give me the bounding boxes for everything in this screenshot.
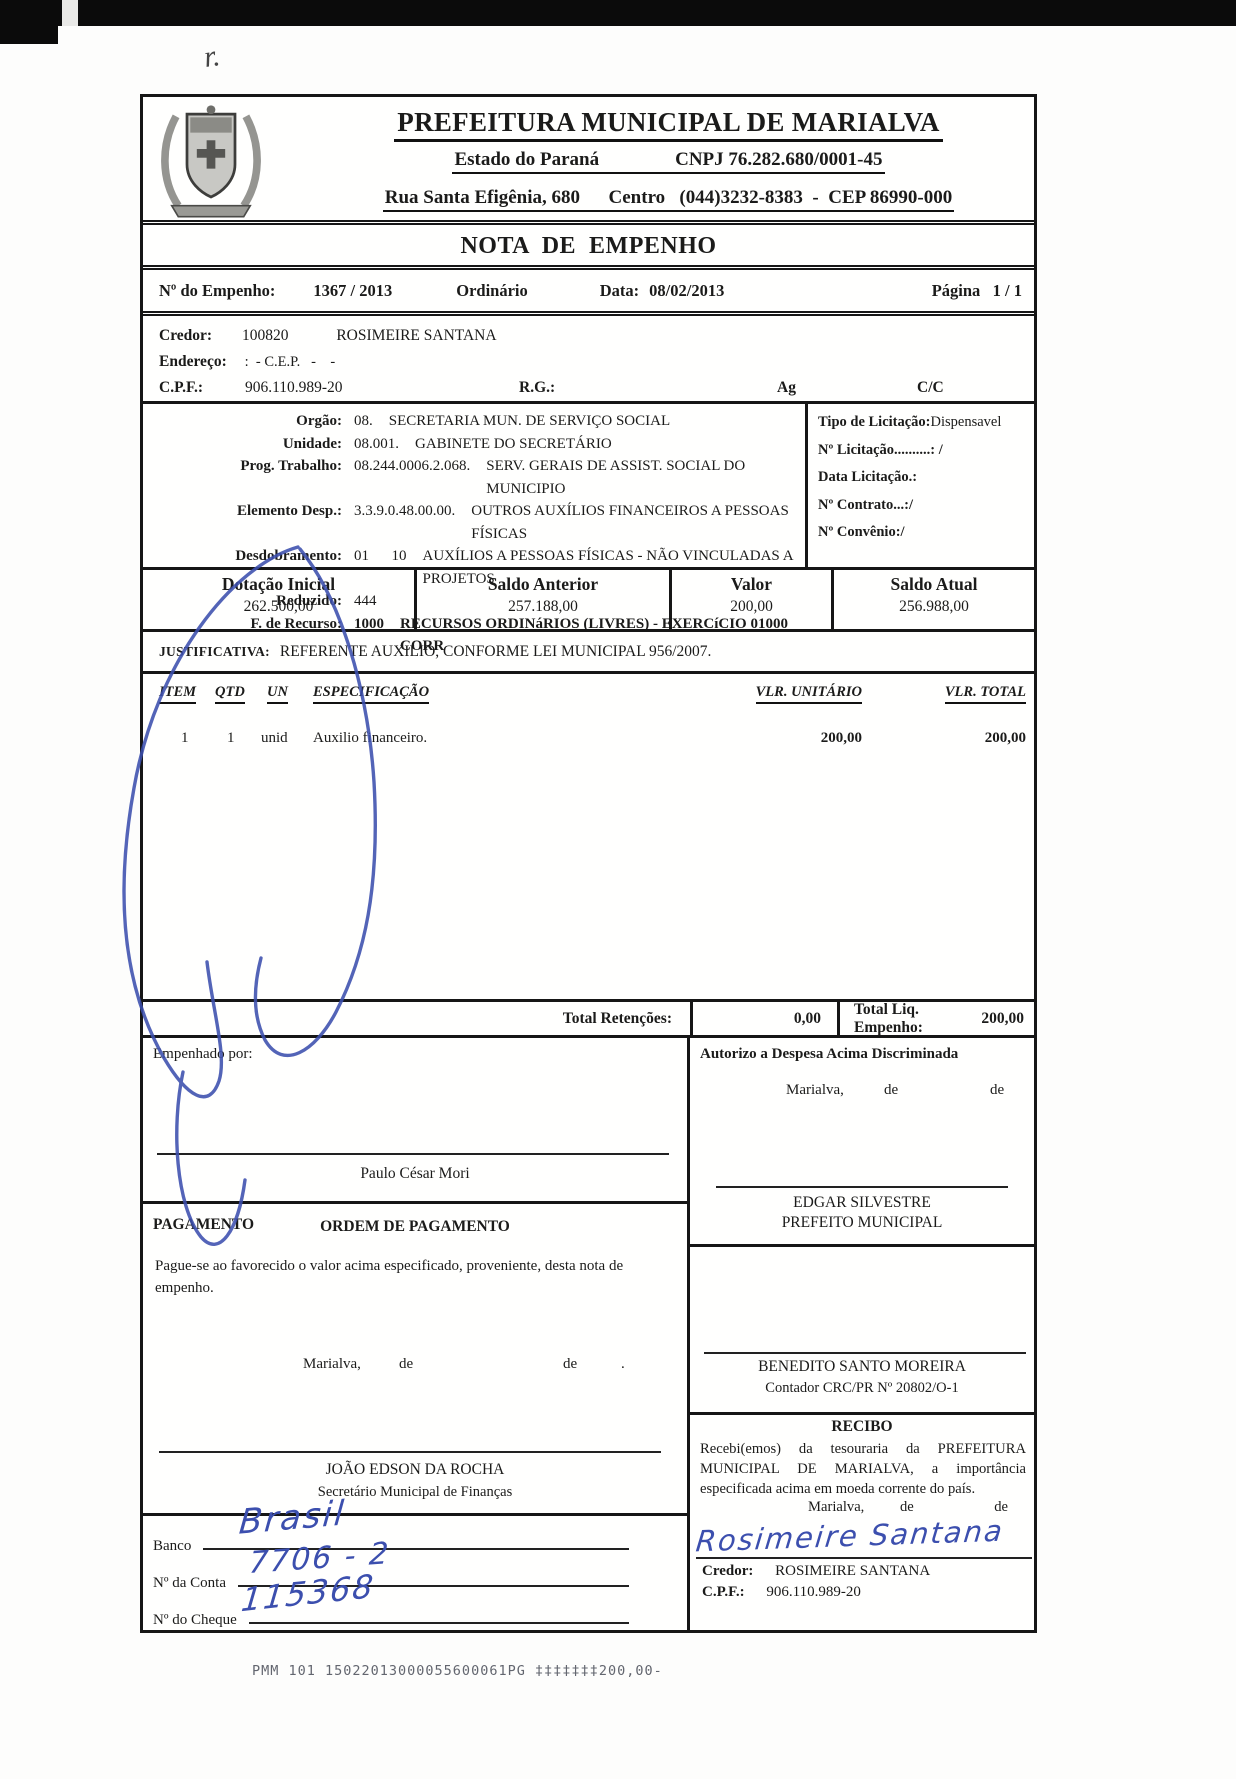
items-header-row: ITEM QTD UN ESPECIFICAÇÃO VLR. UNITÁRIO … [143, 684, 1034, 714]
creditor-code: 100820 [242, 327, 289, 344]
empenho-number-label: Nº do Empenho: [143, 281, 275, 301]
licitacao-tipo: Tipo de Licitação:Dispensavel [818, 414, 1030, 431]
empenho-number-value: 1367 / 2013 [313, 281, 392, 301]
un-col-header: UN [267, 684, 288, 704]
city-word: Marialva, [303, 1356, 361, 1373]
empenhado-label: Empenhado por: [153, 1046, 253, 1063]
dot-mark: . [621, 1356, 625, 1373]
municipality-title: PREFEITURA MUNICIPAL DE MARIALVA [394, 107, 942, 142]
autorizo-title: Autorizo a Despesa Acima Discriminada [700, 1046, 958, 1063]
orgao-label: Orgão: [143, 410, 348, 433]
mayor-role: PREFEITO MUNICIPAL [690, 1214, 1034, 1232]
page-number: 1 / 1 [993, 281, 1022, 300]
signature-line [704, 1352, 1026, 1354]
account-label: C/C [917, 375, 944, 401]
elemento-code: 3.3.9.0.48.00.00. [348, 500, 455, 545]
orgao-desc: SECRETARIA MUN. DE SERVIÇO SOCIAL [373, 410, 670, 433]
licitacao-tipo-label: Tipo de Licitação: [818, 414, 931, 430]
de-word: de [884, 1082, 898, 1099]
licitacao-box: Tipo de Licitação:Dispensavel Nº Licitaç… [805, 404, 1034, 567]
page-value [984, 281, 992, 300]
recibo-cpf-value: 906.110.989-20 [766, 1584, 860, 1600]
recibo-cpf-label: C.P.F.: [702, 1584, 745, 1600]
de-word: de [900, 1499, 914, 1516]
dotacao-inicial-header: Dotação Inicial [143, 574, 414, 595]
address-label: Endereço: [159, 353, 227, 370]
conta-row: Nº da Conta 7706 - 2 [143, 1555, 687, 1592]
cheque-label: Nº do Cheque [153, 1612, 237, 1629]
banco-handwriting: Brasil [237, 1493, 347, 1543]
saldo-table: Dotação Inicial 262.500,00 Saldo Anterio… [143, 570, 1034, 632]
state-cnpj-line: Estado do Paraná CNPJ 76.282.680/0001-45 [452, 149, 884, 174]
document-title: NOTA DE EMPENHO [143, 225, 1034, 270]
unidade-code: 08.001. [348, 433, 399, 456]
conta-label: Nº da Conta [153, 1575, 226, 1592]
cpf-value: 906.110.989-20 [245, 379, 343, 396]
signatures-region: Empenhado por: Paulo César Mori PAGAMENT… [143, 1038, 1034, 1630]
orgao-code: 08. [348, 410, 373, 433]
dotacao-inicial-value: 262.500,00 [143, 598, 414, 616]
recibo-text: Recebi(emos) da tesouraria da PREFEITURA… [690, 1436, 1034, 1499]
saldo-atual-col: Saldo Atual 256.988,00 [831, 570, 1034, 629]
total-retencoes-label: Total Retenções: [143, 1010, 690, 1028]
creditor-name: ROSIMEIRE SANTANA [336, 327, 496, 344]
de-word: de [990, 1082, 1004, 1099]
valor-col: Valor 200,00 [669, 570, 831, 629]
licitacao-tipo-value: Dispensavel [931, 414, 1002, 430]
item-description: Auxilio financeiro. [313, 730, 427, 747]
licitacao-convenio: Nº Convênio:/ [818, 524, 1030, 541]
saldo-atual-header: Saldo Atual [834, 574, 1034, 595]
banco-label: Banco [153, 1538, 191, 1555]
page-indicator: Página 1 / 1 [932, 281, 1034, 301]
finance-secretary-name: JOÃO EDSON DA ROCHA [143, 1461, 687, 1479]
justification-row: JUSTIFICATIVA: REFERENTE AUXILIO, CONFOR… [143, 632, 1034, 674]
item-qty: 1 [227, 730, 235, 747]
valor-value: 200,00 [672, 598, 831, 616]
unidade-desc: GABINETE DO SECRETÁRIO [399, 433, 612, 456]
date-label: Data: [600, 281, 639, 301]
prog-code: 08.244.0006.2.068. [348, 455, 470, 500]
accountant-role: Contador CRC/PR Nº 20802/O-1 [690, 1380, 1034, 1397]
dotacao-inicial-col: Dotação Inicial 262.500,00 [143, 570, 414, 629]
recibo-credor-value: ROSIMEIRE SANTANA [775, 1563, 930, 1579]
mayor-name: EDGAR SILVESTRE [690, 1194, 1034, 1212]
scanned-page: r. PREFEITURA MUNICIPAL DE MARIALVA Esta… [0, 0, 1236, 1779]
recibo-credor-row: Credor: ROSIMEIRE SANTANA [690, 1559, 1034, 1580]
accountant-name: BENEDITO SANTO MOREIRA [690, 1358, 1034, 1376]
signature-line [159, 1451, 661, 1453]
total-retencoes-value: 0,00 [690, 1002, 837, 1035]
page-label: Página [932, 281, 981, 300]
creditor-label: Credor: [159, 327, 212, 344]
right-column: Autorizo a Despesa Acima Discriminada Ma… [690, 1038, 1034, 1630]
recibo-title: RECIBO [690, 1415, 1034, 1436]
saldo-anterior-value: 257.188,00 [417, 598, 669, 616]
empenhado-signer-name: Paulo César Mori [143, 1165, 687, 1183]
scanner-edge-corner [0, 0, 58, 44]
form-header: PREFEITURA MUNICIPAL DE MARIALVA Estado … [143, 97, 1034, 225]
elemento-label: Elemento Desp.: [143, 500, 348, 545]
qtd-col-header: QTD [215, 684, 245, 704]
total-liq-cell: Total Liq. Empenho: 200,00 [837, 1002, 1034, 1035]
rg-label: R.G.: [519, 375, 555, 401]
saldo-anterior-col: Saldo Anterior 257.188,00 [414, 570, 669, 629]
cpf-label: C.P.F.: [159, 379, 203, 396]
autorizo-section: Autorizo a Despesa Acima Discriminada Ma… [690, 1038, 1034, 1247]
vlr-total-col-header: VLR. TOTAL [945, 684, 1026, 704]
items-table: ITEM QTD UN ESPECIFICAÇÃO VLR. UNITÁRIO … [143, 684, 1034, 1002]
vlr-unitario-col-header: VLR. UNITÁRIO [756, 684, 862, 704]
address-value: : - C.E.P. - - [245, 354, 336, 370]
valor-header: Valor [672, 574, 831, 595]
licitacao-contrato: Nº Contrato...:/ [818, 497, 1030, 514]
scanner-edge-notch [62, 0, 78, 26]
contador-section: BENEDITO SANTO MOREIRA Contador CRC/PR N… [690, 1247, 1034, 1415]
recibo-signature: Rosimeire Santana [690, 1521, 1034, 1557]
left-column: Empenhado por: Paulo César Mori PAGAMENT… [143, 1038, 690, 1630]
item-col-header: ITEM [159, 684, 196, 704]
prog-label: Prog. Trabalho: [143, 455, 348, 500]
licitacao-data: Data Licitação.: [818, 469, 1030, 486]
coat-of-arms-logo [155, 101, 267, 221]
creditor-line: Credor: 100820 ROSIMEIRE SANTANA [159, 323, 1034, 349]
de-word: de [399, 1356, 413, 1373]
pagamento-text: Pague-se ao favorecido o valor acima esp… [155, 1256, 661, 1300]
total-liq-value: 200,00 [981, 1010, 1034, 1028]
cpf-line: C.P.F.: 906.110.989-20 R.G.: Ag C/C [159, 375, 1034, 401]
city-word: Marialva, [808, 1499, 864, 1516]
justification-label: JUSTIFICATIVA: [159, 644, 270, 659]
saldo-anterior-header: Saldo Anterior [417, 574, 669, 595]
creditor-block: Credor: 100820 ROSIMEIRE SANTANA Endereç… [143, 316, 1034, 404]
espec-col-header: ESPECIFICAÇÃO [313, 684, 429, 704]
scanner-edge-top [0, 0, 1236, 26]
justification-text: REFERENTE AUXILIO, CONFORME LEI MUNICIPA… [280, 643, 712, 660]
budget-block: Orgão: 08. SECRETARIA MUN. DE SERVIÇO SO… [143, 404, 1034, 570]
saldo-atual-value: 256.988,00 [834, 598, 1034, 616]
item-unit-price: 200,00 [821, 730, 862, 747]
bank-section: Banco Brasil Nº da Conta 7706 - 2 Nº do … [143, 1516, 687, 1630]
elemento-desc: OUTROS AUXÍLIOS FINANCEIROS A PESSOAS FÍ… [455, 500, 794, 545]
item-row: 1 1 unid Auxilio financeiro. 200,00 200,… [143, 730, 1034, 756]
empenho-number-row: Nº do Empenho: 1367 / 2013 Ordinário Dat… [143, 270, 1034, 316]
address-line: Rua Santa Efigênia, 680 Centro (044)3232… [383, 187, 955, 212]
licitacao-numero: Nº Licitação..........: / [818, 442, 1030, 459]
totals-row: Total Retenções: 0,00 Total Liq. Empenho… [143, 1002, 1034, 1038]
agency-label: Ag [777, 375, 796, 401]
signature-line [716, 1186, 1008, 1188]
empenhado-section: Empenhado por: Paulo César Mori [143, 1038, 687, 1204]
empenho-type: Ordinário [456, 281, 528, 301]
dot-matrix-footer: PMM 101 15022013000055600061PG ‡‡‡‡‡‡‡20… [252, 1663, 663, 1679]
ordem-pagamento-title: ORDEM DE PAGAMENTO [143, 1218, 687, 1236]
pen-mark-top: r. [202, 39, 222, 75]
item-total-price: 200,00 [985, 730, 1026, 747]
banco-row: Banco Brasil [143, 1518, 687, 1555]
nota-de-empenho-form: PREFEITURA MUNICIPAL DE MARIALVA Estado … [140, 94, 1037, 1633]
de-word: de [563, 1356, 577, 1373]
prog-desc: SERV. GERAIS DE ASSIST. SOCIAL DO MUNICI… [470, 455, 794, 500]
recibo-section: RECIBO Recebi(emos) da tesouraria da PRE… [690, 1415, 1034, 1630]
item-unit: unid [261, 730, 288, 747]
cheque-row: Nº do Cheque 115368 [143, 1592, 687, 1629]
finance-secretary-role: Secretário Municipal de Finanças [143, 1484, 687, 1501]
unidade-label: Unidade: [143, 433, 348, 456]
recibo-cpf-row: C.P.F.: 906.110.989-20 [690, 1580, 1034, 1601]
total-liq-label: Total Liq. Empenho: [840, 1001, 981, 1037]
city-word: Marialva, [786, 1082, 844, 1099]
item-number: 1 [181, 730, 189, 747]
cheque-fill-line [249, 1622, 629, 1624]
signature-line [157, 1153, 669, 1155]
pagamento-section: PAGAMENTO ORDEM DE PAGAMENTO Pague-se ao… [143, 1204, 687, 1516]
creditor-signature-handwriting: Rosimeire Santana [694, 1514, 1005, 1559]
recibo-credor-label: Credor: [702, 1563, 753, 1579]
date-value: 08/02/2013 [649, 281, 724, 301]
address-line-row: Endereço: : - C.E.P. - - [159, 349, 1034, 375]
